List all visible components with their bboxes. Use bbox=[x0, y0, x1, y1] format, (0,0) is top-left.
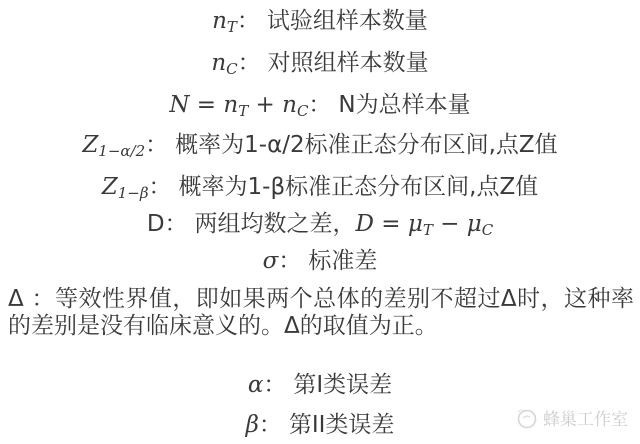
colon-separator: ： bbox=[149, 174, 172, 200]
colon-separator: ： bbox=[278, 248, 301, 274]
colon-separator: ： bbox=[238, 50, 261, 76]
definition-text: N为总样本量 bbox=[338, 92, 470, 118]
math-expression: D = μ bbox=[356, 211, 423, 237]
math-symbol: n bbox=[211, 50, 226, 76]
definition-line-Z-beta: Z1−β：概率为1-β标准正态分布区间,点Z值 bbox=[0, 172, 640, 204]
math-subscript: 1−β bbox=[118, 184, 149, 202]
math-subscript: C bbox=[226, 60, 237, 78]
colon-separator: ： bbox=[263, 372, 286, 398]
colon-separator: ： bbox=[237, 8, 260, 34]
math-symbol: n bbox=[212, 8, 227, 34]
math-subscript: T bbox=[423, 221, 433, 239]
definition-line-nT: nT：试验组样本数量 bbox=[0, 6, 640, 38]
colon-separator: ： bbox=[259, 412, 282, 438]
math-symbol: σ bbox=[263, 248, 279, 274]
definition-text: 两组均数之差， bbox=[195, 211, 356, 237]
delta-definition-paragraph: Δ ：等效性界值，即如果两个总体的差别不超过Δ时，这种率的差别是没有临床意义的。… bbox=[8, 286, 634, 340]
math-expression: + n bbox=[248, 92, 297, 118]
definition-text: 试验组样本数量 bbox=[267, 8, 428, 34]
definition-text: 概率为1-α/2标准正态分布区间,点Z值 bbox=[175, 132, 558, 158]
definition-line-sigma: σ：标准差 bbox=[0, 246, 640, 276]
document-page: nT：试验组样本数量 nC：对照组样本数量 N = nT + nC：N为总样本量… bbox=[0, 0, 640, 444]
math-subscript: C bbox=[297, 102, 308, 120]
colon-separator: ： bbox=[145, 132, 168, 158]
definition-line-D: D：两组均数之差，D = μT − μC bbox=[0, 209, 640, 241]
math-symbol: Z bbox=[82, 132, 98, 158]
math-subscript: T bbox=[227, 18, 237, 36]
math-expression: − μ bbox=[433, 211, 482, 237]
math-expression: N = n bbox=[169, 92, 238, 118]
watermark-label: 蜂巢工作室 bbox=[543, 405, 628, 430]
math-subscript: C bbox=[482, 221, 493, 239]
definition-text: 第II类误差 bbox=[289, 412, 395, 438]
definition-text: 标准差 bbox=[308, 248, 377, 274]
math-subscript: 1−α/2 bbox=[98, 142, 145, 160]
definition-text: 对照组样本数量 bbox=[268, 50, 429, 76]
colon-separator: ： bbox=[308, 92, 331, 118]
definition-line-nC: nC：对照组样本数量 bbox=[0, 48, 640, 80]
hive-logo-icon bbox=[514, 406, 538, 430]
definition-text: 第I类误差 bbox=[293, 372, 392, 398]
math-symbol: β bbox=[246, 412, 259, 438]
watermark: 蜂巢工作室 bbox=[514, 405, 628, 430]
definition-text: 概率为1-β标准正态分布区间,点Z值 bbox=[179, 174, 539, 200]
definition-line-Z-alpha: Z1−α/2：概率为1-α/2标准正态分布区间,点Z值 bbox=[0, 130, 640, 162]
math-symbol: D bbox=[147, 211, 165, 237]
colon-separator: ： bbox=[165, 211, 188, 237]
definition-line-alpha: α：第I类误差 bbox=[0, 370, 640, 400]
math-subscript: T bbox=[238, 102, 248, 120]
math-symbol: α bbox=[248, 372, 264, 398]
definition-line-N: N = nT + nC：N为总样本量 bbox=[0, 90, 640, 122]
math-symbol: Z bbox=[102, 174, 118, 200]
